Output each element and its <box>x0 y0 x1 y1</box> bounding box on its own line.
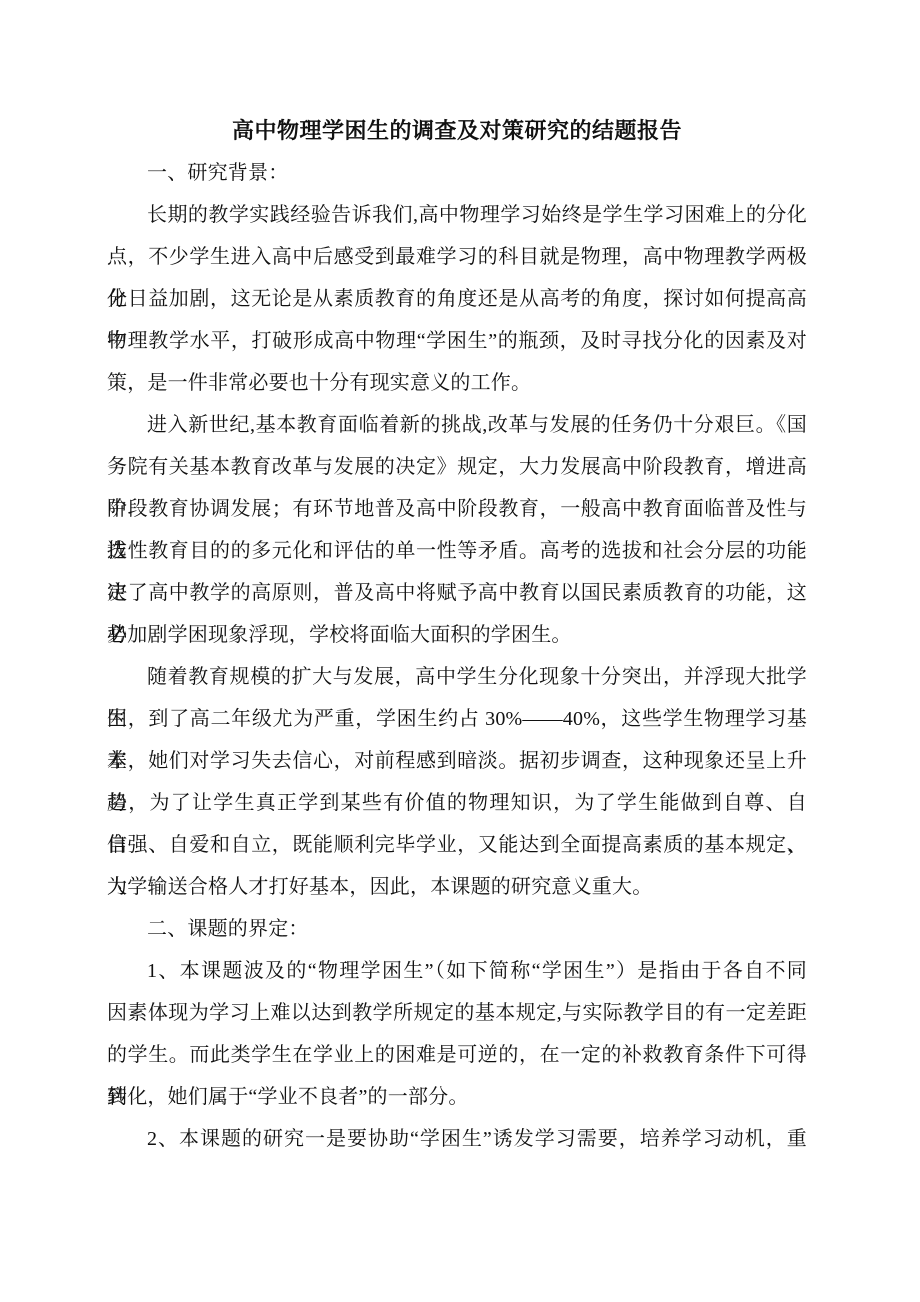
text-line: 大学输送合格人才打好基本，因此，本课题的研究意义重大。 <box>107 866 807 908</box>
text-line: 2、本课题的研究一是要协助“学困生”诱发学习需要，培养学习动机，重 <box>107 1118 807 1160</box>
text-line: 1、本课题波及的“物理学困生”（如下简称“学困生”）是指由于各自不同 <box>107 950 807 992</box>
section-heading: 一、研究背景： <box>107 152 807 194</box>
document-body: 一、研究背景：长期的教学实践经验告诉我们,高中物理学习始终是学生学习困难上的分化… <box>107 152 807 1160</box>
text-line: 务院有关基本教育改革与发展的决定》规定，大力发展高中阶段教育，增进高中 <box>107 446 807 488</box>
text-line: 转化，她们属于“学业不良者”的一部分。 <box>107 1076 807 1118</box>
text-line: 物理教学水平，打破形成高中物理“学困生”的瓶颈，及时寻找分化的因素及对 <box>107 320 807 362</box>
text-line: 化日益加剧，这无论是从素质教育的角度还是从高考的角度，探讨如何提高高中 <box>107 278 807 320</box>
document-title: 高中物理学困生的调查及对策研究的结题报告 <box>107 110 807 152</box>
text-line: 自强、自爱和自立，既能顺利完毕学业，又能达到全面提高素质的基本规定，为 <box>107 824 807 866</box>
text-line: 的学生。而此类学生在学业上的困难是可逆的，在一定的补救教育条件下可得到 <box>107 1034 807 1076</box>
text-line: 定了高中教学的高原则，普及高中将赋予高中教育以国民素质教育的功能，这势 <box>107 572 807 614</box>
text-line: 阶段教育协调发展；有环节地普及高中阶段教育，一般高中教育面临普及性与选 <box>107 488 807 530</box>
text-line: 进入新世纪,基本教育面临着新的挑战,改革与发展的任务仍十分艰巨。《国 <box>107 404 807 446</box>
text-line: 随着教育规模的扩大与发展，高中学生分化现象十分突出，并浮现大批学困 <box>107 656 807 698</box>
text-line: 生，到了高二年级尤为严重，学困生约占 30%——40%，这些学生物理学习基本 <box>107 698 807 740</box>
text-line: 长期的教学实践经验告诉我们,高中物理学习始终是学生学习困难上的分化 <box>107 194 807 236</box>
text-line: 必加剧学困现象浮现，学校将面临大面积的学困生。 <box>107 614 807 656</box>
document-page: 高中物理学困生的调查及对策研究的结题报告 一、研究背景：长期的教学实践经验告诉我… <box>107 110 807 1160</box>
text-line: 策，是一件非常必要也十分有现实意义的工作。 <box>107 362 807 404</box>
text-line: 点，不少学生进入高中后感受到最难学习的科目就是物理，高中物理教学两极分 <box>107 236 807 278</box>
text-line: 拔性教育目的的多元化和评估的单一性等矛盾。高考的选拔和社会分层的功能决 <box>107 530 807 572</box>
section-heading: 二、课题的界定： <box>107 908 807 950</box>
text-line: 势，为了让学生真正学到某些有价值的物理知识，为了学生能做到自尊、自信、 <box>107 782 807 824</box>
text-line: 差，她们对学习失去信心，对前程感到暗淡。据初步调查，这种现象还呈上升趋 <box>107 740 807 782</box>
text-line: 因素体现为学习上难以达到教学所规定的基本规定,与实际教学目的有一定差距 <box>107 992 807 1034</box>
